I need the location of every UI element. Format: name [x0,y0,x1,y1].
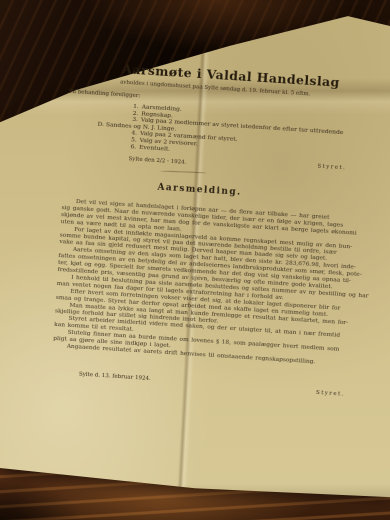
report-dateline: Sylte d. 13. februar 1924. [79,371,151,382]
notice-signature: Styret. [317,163,346,171]
photo-scene: Aarsmøte i Valdal Handelslag avholdes i … [0,0,390,520]
agenda-intro: Til behandling foreligger: [69,88,141,99]
agenda-list: 1. Aarsmelding. 2. Regnskap. 3. Valg paa… [127,103,385,166]
report-body: Det vil vel siges at handelslaget i forl… [53,197,378,368]
agenda-item-number [85,120,95,127]
notice-dateline: Sylte den 2/2 - 1924. [128,156,186,166]
document-text-block: avholdes i ungdomshuset paa Sylte søndag… [16,74,390,478]
agenda-item-text: Eventuelt. [139,144,170,153]
agenda-item-number: 6. [127,143,137,150]
report-signature: Styret. [316,389,345,397]
ink-stroke-divider [160,170,206,174]
document-content: Aarsmøte i Valdal Handelslag avholdes i … [14,38,390,499]
